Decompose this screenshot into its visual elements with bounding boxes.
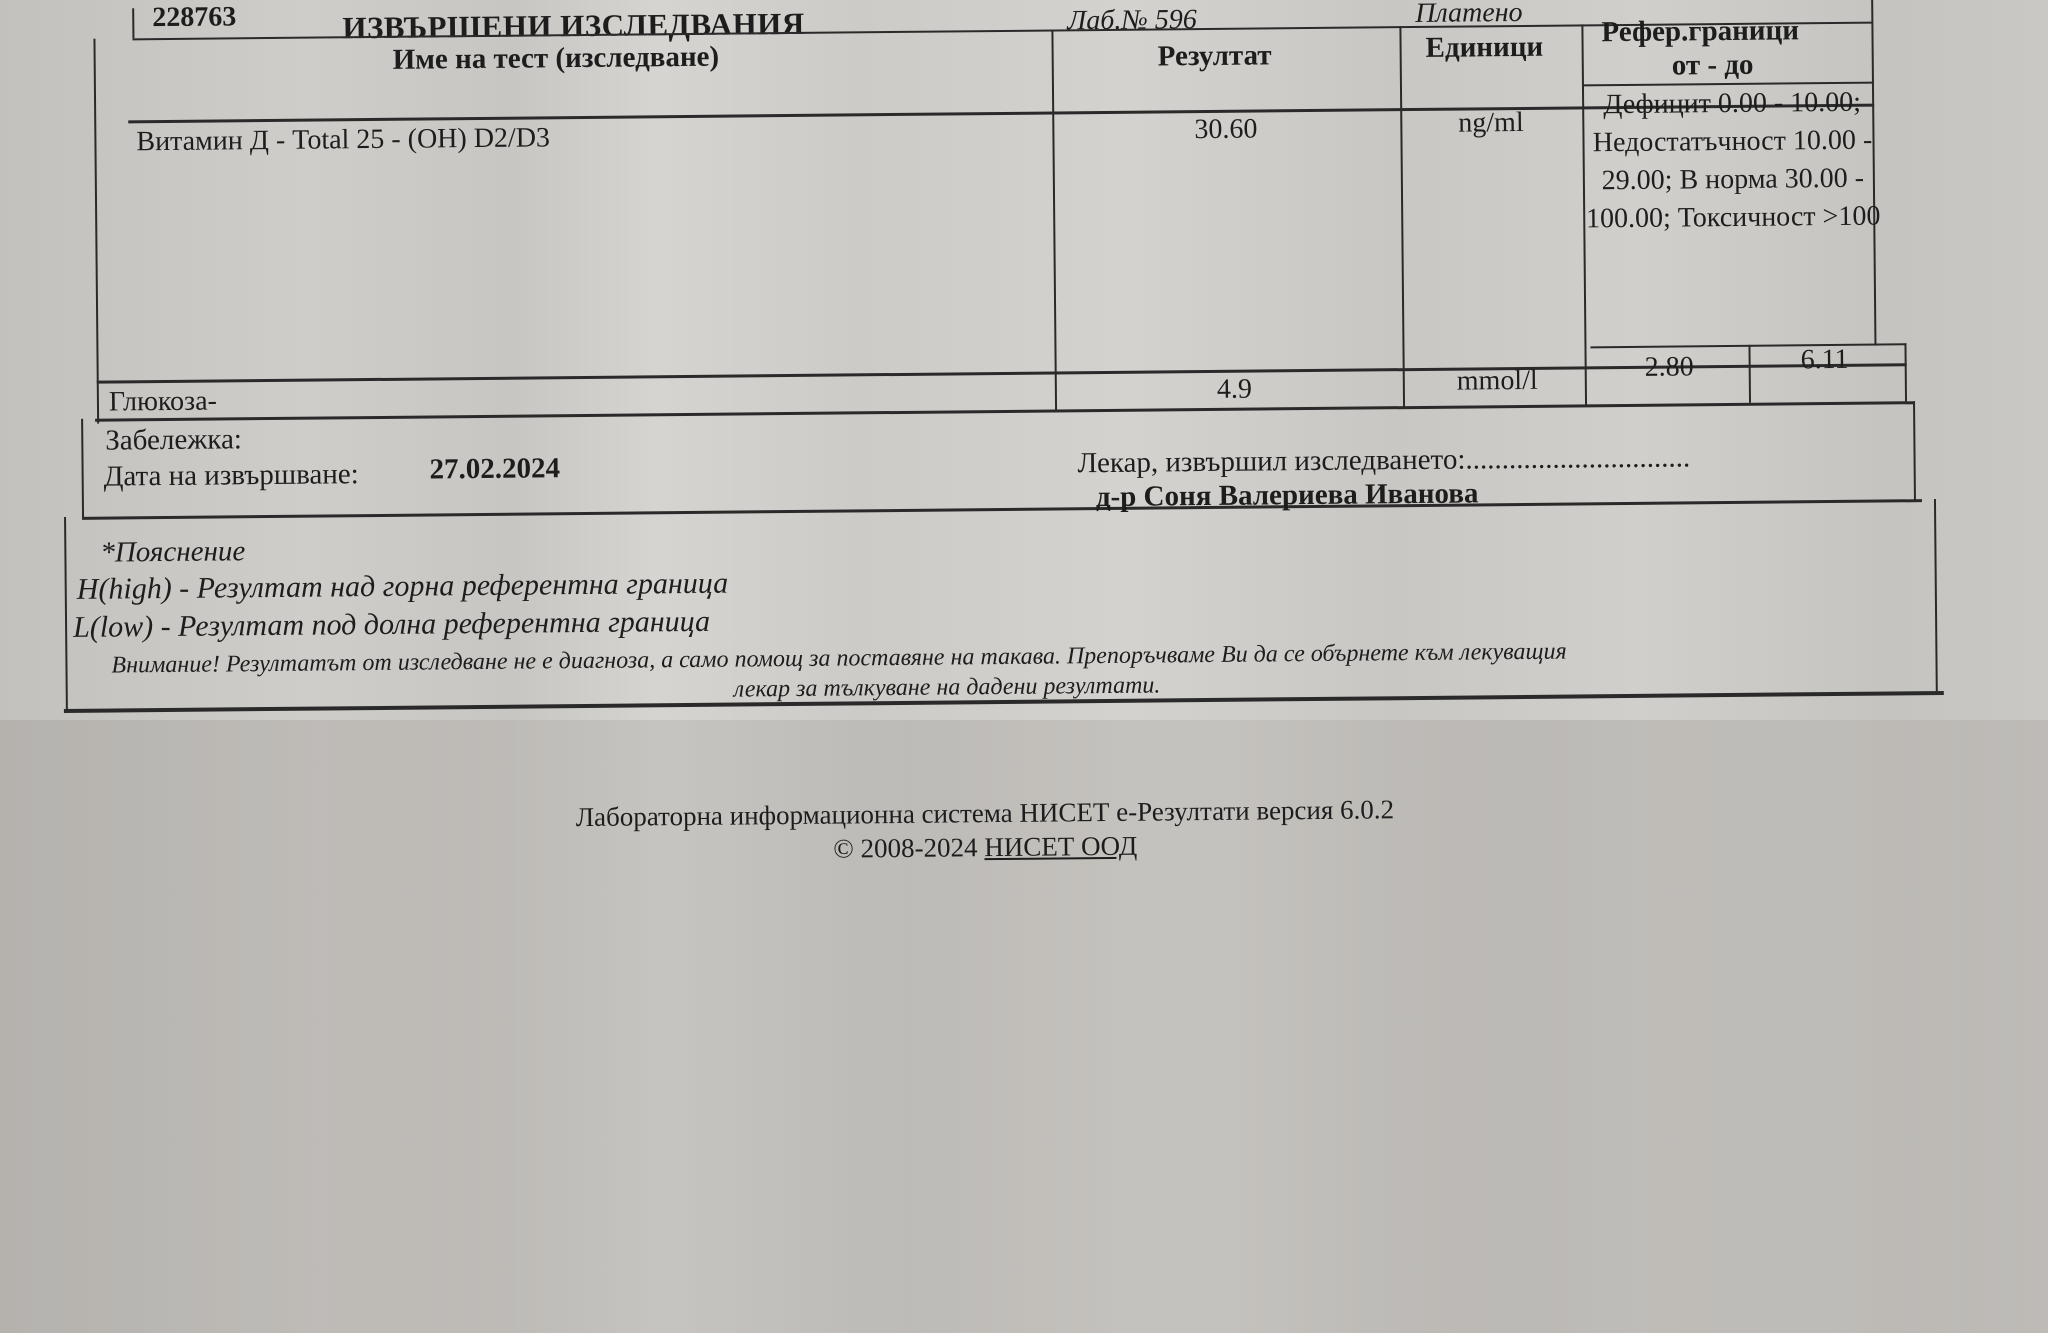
table-row-vitamin-d-reference: Дефицит 0.00 - 10.00; Недостатъчност 10.…	[1582, 84, 1883, 239]
lab-results-sheet: 228763 ИЗВЪРШЕНИ ИЗСЛЕДВАНИЯ Лаб.№ 596 П…	[0, 0, 2048, 910]
table-row-vitamin-d-result: 30.60	[1194, 114, 1257, 147]
remark-label: Забележка:	[105, 423, 242, 457]
notes-border-left	[81, 419, 84, 519]
warning-line-2: лекар за тълкуване на дадени резултати.	[734, 672, 1161, 703]
column-header-units: Единици	[1425, 31, 1543, 65]
table-row-glucose-name: Глюкоза-	[109, 386, 217, 419]
lab-number: Лаб.№ 596	[1067, 4, 1197, 37]
column-header-result: Резултат	[1158, 39, 1272, 73]
legend-high: H(high) - Резултат над горна референтна …	[77, 567, 729, 607]
legend-border-left	[64, 517, 68, 711]
column-header-test-name: Име на тест (изследване)	[393, 41, 720, 77]
row2-bottom	[95, 401, 1915, 421]
table-row-glucose-ref-from: 2.80	[1645, 351, 1694, 383]
row1-bottom	[97, 363, 1907, 383]
notes-bottom	[82, 499, 1922, 520]
doctor-label: Лекар, извършил изследването:...........…	[1077, 441, 1690, 480]
date-label: Дата на извършване:	[104, 458, 359, 493]
company-link[interactable]: НИСЕТ ООД	[984, 831, 1137, 862]
column-header-reference-range: от - до	[1672, 49, 1754, 83]
table-row-vitamin-d-units: ng/ml	[1458, 107, 1524, 140]
table-border-right-lower	[1904, 343, 1907, 403]
col-divider-units	[1399, 26, 1405, 408]
page-title: ИЗВЪРШЕНИ ИЗСЛЕДВАНИЯ	[342, 6, 805, 46]
date-value: 27.02.2024	[429, 452, 560, 486]
record-id: 228763	[152, 1, 236, 34]
legend-border-right	[1934, 499, 1938, 693]
table-row-glucose-ref-to: 6.11	[1800, 344, 1848, 376]
legend-title: *Пояснение	[100, 535, 245, 569]
legend-low: L(low) - Резултат под долна референтна г…	[73, 605, 710, 645]
doctor-name: д-р Соня Валериева Иванова	[1096, 477, 1479, 514]
column-header-reference: Рефер.граници	[1601, 14, 1799, 49]
footer-copyright: © 2008-2024 НИСЕТ ООД	[485, 827, 1485, 868]
warning-line-1: Внимание! Резултатът от изследване не е …	[111, 639, 1567, 680]
notes-border-right	[1913, 401, 1916, 501]
table-row-glucose-units: mmol/l	[1457, 365, 1538, 398]
copyright-text: © 2008-2024	[833, 832, 978, 863]
col-divider-result	[1051, 31, 1057, 411]
table-row-glucose-result: 4.9	[1217, 374, 1252, 406]
table-border-left	[132, 8, 134, 38]
col-divider-ref-split	[1748, 345, 1751, 403]
table-row-vitamin-d-name: Витамин Д - Total 25 - (OH) D2/D3	[136, 122, 550, 158]
table-border-left-body	[93, 39, 99, 424]
